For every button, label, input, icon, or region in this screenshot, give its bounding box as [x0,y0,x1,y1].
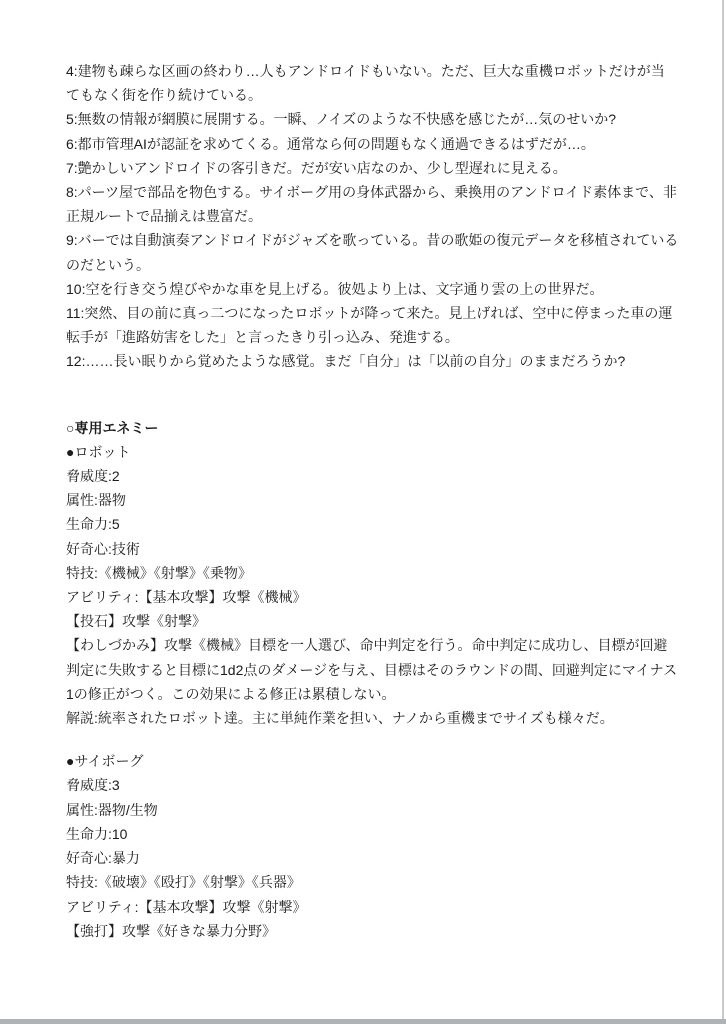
text-line: 正規ルートで品揃えは豊富だ。 [66,204,666,228]
text-line: 脅威度:3 [66,773,666,797]
text-line: 解説:統率されたロボット達。主に単純作業を担い、ナノから重機までサイズも様々だ。 [66,706,666,730]
page-bottom-edge [0,1019,726,1024]
text-line: 判定に失敗すると目標に1d2点のダメージを与え、目標はそのラウンドの間、回避判定… [66,658,666,682]
text-line: 属性:器物 [66,488,666,512]
text-line: 6:都市管理AIが認証を求めてくる。通常なら何の問題もなく通過できるはずだが…。 [66,132,666,156]
text-line: 5:無数の情報が網膜に展開する。一瞬、ノイズのような不快感を感じたが…気のせいか… [66,107,666,131]
text-line: 生命力:10 [66,822,666,846]
text-line: 10:空を行き交う煌びやかな車を見上げる。彼処より上は、文字通り雲の上の世界だ。 [66,277,666,301]
text-line: 好奇心:暴力 [66,846,666,870]
text-line: 11:突然、目の前に真っ二つになったロボットが降って来た。見上げれば、空中に停ま… [66,301,666,325]
document-text-block: 4:建物も疎らな区画の終わり…人もアンドロイドもいない。ただ、巨大な重機ロボット… [66,59,666,943]
text-line: アビリティ:【基本攻撃】攻撃《機械》 [66,585,666,609]
text-line: 属性:器物/生物 [66,798,666,822]
text-line: 特技:《破壊》《殴打》《射撃》《兵器》 [66,870,666,894]
text-line: 1の修正がつく。この効果による修正は累積しない。 [66,682,666,706]
text-line: 4:建物も疎らな区画の終わり…人もアンドロイドもいない。ただ、巨大な重機ロボット… [66,59,666,83]
text-line: 【わしづかみ】攻撃《機械》目標を一人選び、命中判定を行う。命中判定に成功し、目標… [66,633,666,657]
text-line: 転手が「進路妨害をした」と言ったきり引っ込み、発進する。 [66,325,666,349]
text-line: のだという。 [66,253,666,277]
text-line: 特技:《機械》《射撃》《乗物》 [66,561,666,585]
text-line: 8:パーツ屋で部品を物色する。サイボーグ用の身体武器から、乗換用のアンドロイド素… [66,180,666,204]
document-page: 4:建物も疎らな区画の終わり…人もアンドロイドもいない。ただ、巨大な重機ロボット… [0,0,722,1019]
text-line: 7:艶かしいアンドロイドの客引きだ。だが安い店なのか、少し型遅れに見える。 [66,156,666,180]
text-line: 12:……長い眠りから覚めたような感覚。まだ「自分」は「以前の自分」のままだろう… [66,349,666,373]
page-right-edge [722,0,724,1019]
text-line: 好奇心:技術 [66,537,666,561]
text-line: 生命力:5 [66,512,666,536]
text-line: ●ロボット [66,440,666,464]
text-line: アビリティ:【基本攻撃】攻撃《射撃》 [66,895,666,919]
text-line: 【投石】攻撃《射撃》 [66,609,666,633]
text-line: 【強打】攻撃《好きな暴力分野》 [66,919,666,943]
text-line: ●サイボーグ [66,749,666,773]
text-line: 9:バーでは自動演奏アンドロイドがジャズを歌っている。昔の歌姫の復元データを移植… [66,228,666,252]
section-heading: ○専用エネミー [66,416,666,440]
text-line: 脅威度:2 [66,464,666,488]
text-line: てもなく街を作り続けている。 [66,83,666,107]
